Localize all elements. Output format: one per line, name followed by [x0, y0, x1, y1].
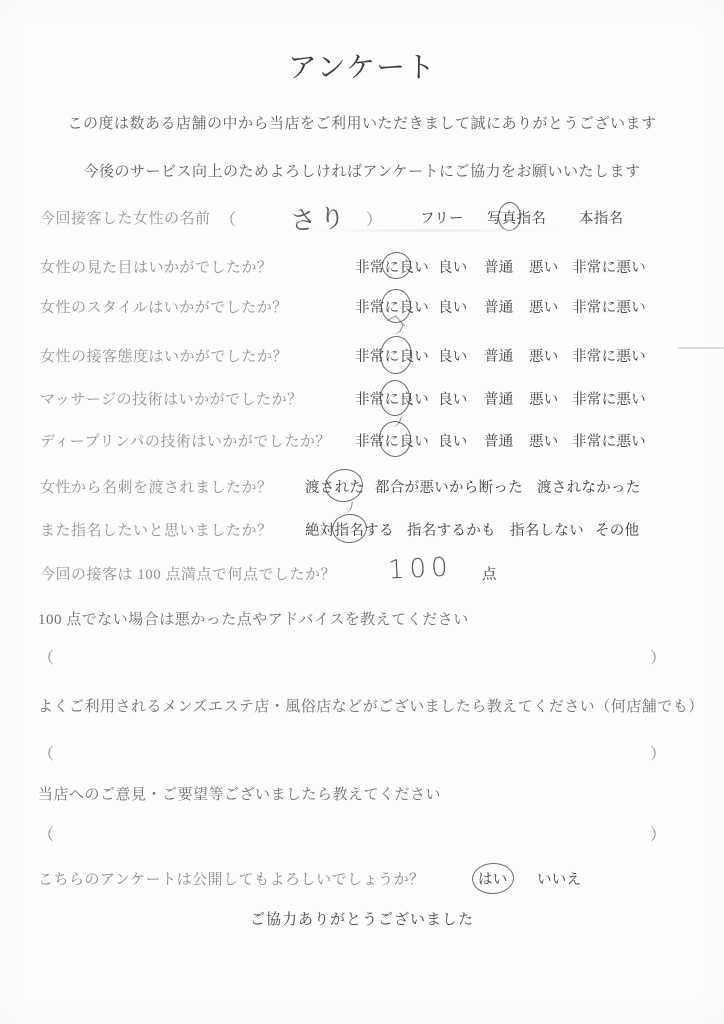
option-very-bad: 非常に悪い: [572, 296, 646, 317]
option-no: いいえ: [537, 868, 581, 889]
option-photo-nomination-label: 写真指名: [487, 211, 546, 227]
open-paren: （: [38, 645, 54, 668]
question-row-repeat-nomination: また指名したいと思いましたか？ 絶対指名する 指名するかも 指名しない その他: [0, 519, 724, 543]
option-bad: 悪い: [529, 256, 559, 277]
option-good: 良い: [438, 388, 468, 409]
question-row-business-card: 女性から名刺を渡されましたか？ 渡された 都合が悪いから断った 渡されなかった: [0, 476, 724, 500]
option-normal: 普通: [484, 256, 514, 277]
option-bad: 悪い: [529, 345, 559, 366]
option-very-bad: 非常に悪い: [572, 256, 646, 277]
question-row-opinions: 当店へのご意見・ご要望等ございましたら教えてください: [0, 783, 724, 807]
question-label: 今回の接客は 100 点満点で何点でしたか？: [40, 563, 336, 584]
question-label: 女性のスタイルはいかがでしたか？: [40, 296, 288, 317]
option-photo-nomination: 写真指名: [487, 207, 546, 228]
option-normal: 普通: [484, 296, 514, 317]
option-bad: 悪い: [529, 296, 559, 317]
close-paren: ）: [366, 207, 382, 230]
question-label: 女性の見た目はいかがでしたか？: [40, 256, 273, 277]
question-label: マッサージの技術はいかがでしたか？: [40, 388, 303, 409]
option-normal: 普通: [484, 430, 514, 451]
close-paren: ）: [650, 645, 666, 668]
question-row-publish: こちらのアンケートは公開してもよろしいでしょうか？ はい いいえ: [0, 868, 724, 892]
option-very-good: 非常に良い: [355, 256, 429, 277]
option-normal: 普通: [484, 388, 514, 409]
option-very-bad: 非常に悪い: [572, 388, 646, 409]
question-label: 女性の接客態度はいかがでしたか？: [40, 345, 288, 366]
question-label: よくご利用されるメンズエステ店・風俗店などがございましたら教えてください（何店舗…: [38, 695, 704, 716]
option-very-good-label: 非常に良い: [355, 349, 429, 365]
option-very-good-label: 非常に良い: [355, 260, 429, 276]
question-label: また指名したいと思いましたか？: [40, 519, 273, 540]
close-paren: ）: [650, 741, 666, 764]
option-very-good: 非常に良い: [355, 296, 429, 317]
option-yes-label: はい: [478, 872, 508, 888]
option-bad: 悪い: [529, 388, 559, 409]
score-unit: 点: [482, 563, 497, 584]
handwritten-score: 100: [387, 552, 453, 585]
question-label: 今回接客した女性の名前: [40, 207, 211, 228]
option-good: 良い: [438, 345, 468, 366]
option-very-good: 非常に良い: [355, 345, 429, 366]
option-definitely-nominate: 絶対指名する: [305, 519, 394, 540]
option-received: 渡された: [305, 476, 364, 497]
question-row-massage-skill: マッサージの技術はいかがでしたか？ 非常に良い 良い 普通 悪い 非常に悪い: [0, 388, 724, 412]
option-very-good-label: 非常に良い: [355, 392, 429, 408]
question-row-score: 今回の接客は 100 点満点で何点でしたか？ 100 点: [0, 563, 724, 587]
option-declined: 都合が悪いから断った: [375, 476, 523, 497]
option-no-nominate: 指名しない: [510, 519, 584, 540]
open-paren: （: [220, 207, 236, 230]
option-other: その他: [595, 519, 639, 540]
answer-line-other-shops: （ ）: [0, 741, 724, 765]
close-paren: ）: [650, 822, 666, 845]
answer-line-advice: （ ）: [0, 645, 724, 669]
option-very-good-label: 非常に良い: [355, 434, 429, 450]
intro-line-2: 今後のサービス向上のためよろしければアンケートにご協力をお願いいたします: [0, 160, 724, 184]
option-received-label: 渡された: [305, 480, 364, 496]
question-label: こちらのアンケートは公開してもよろしいでしょうか？: [38, 868, 425, 889]
question-label: 当店へのご意見・ご要望等ございましたら教えてください: [38, 783, 441, 804]
option-yes: はい: [478, 868, 508, 889]
option-maybe-nominate: 指名するかも: [407, 519, 496, 540]
option-very-good-label: 非常に良い: [355, 300, 429, 316]
question-label: 100 点でない場合は悪かった点やアドバイスを教えてください: [38, 608, 469, 629]
option-not-received: 渡されなかった: [537, 476, 641, 497]
option-good: 良い: [438, 296, 468, 317]
question-label: ディープリンパの技術はいかがでしたか？: [40, 430, 331, 451]
option-very-good: 非常に良い: [355, 430, 429, 451]
question-row-name: 今回接客した女性の名前 （ さり ） フリー 写真指名 本指名: [0, 207, 724, 231]
answer-line-opinions: （ ）: [0, 822, 724, 846]
option-free: フリー: [420, 207, 464, 228]
question-row-deep-lymph-skill: ディープリンパの技術はいかがでしたか？ 非常に良い 良い 普通 悪い 非常に悪い: [0, 430, 724, 454]
scan-artifact-line: [678, 347, 724, 349]
option-very-bad: 非常に悪い: [572, 345, 646, 366]
open-paren: （: [38, 822, 54, 845]
option-good: 良い: [438, 430, 468, 451]
intro-line-1: この度は数ある店舗の中から当店をご利用いただきまして誠にありがとうございます: [0, 112, 724, 136]
option-very-good: 非常に良い: [355, 388, 429, 409]
option-main-nomination: 本指名: [579, 207, 623, 228]
scanned-questionnaire-page: アンケート この度は数ある店舗の中から当店をご利用いただきまして誠にありがとうご…: [0, 0, 724, 1024]
question-row-advice: 100 点でない場合は悪かった点やアドバイスを教えてください: [0, 608, 724, 632]
scan-smudge: [300, 229, 560, 232]
open-paren: （: [38, 741, 54, 764]
page-title: アンケート: [0, 45, 724, 85]
option-definitely-nominate-label: 絶対指名する: [305, 523, 394, 539]
option-very-bad: 非常に悪い: [572, 430, 646, 451]
question-row-style: 女性のスタイルはいかがでしたか？ 非常に良い 良い 普通 悪い 非常に悪い: [0, 296, 724, 320]
question-label: 女性から名刺を渡されましたか？: [40, 476, 273, 497]
closing-text: ご協力ありがとうございました: [0, 908, 724, 932]
question-row-other-shops: よくご利用されるメンズエステ店・風俗店などがございましたら教えてください（何店舗…: [0, 695, 724, 719]
option-good: 良い: [438, 256, 468, 277]
option-bad: 悪い: [529, 430, 559, 451]
option-normal: 普通: [484, 345, 514, 366]
question-row-service-attitude: 女性の接客態度はいかがでしたか？ 非常に良い 良い 普通 悪い 非常に悪い: [0, 345, 724, 369]
question-row-looks: 女性の見た目はいかがでしたか？ 非常に良い 良い 普通 悪い 非常に悪い: [0, 256, 724, 280]
